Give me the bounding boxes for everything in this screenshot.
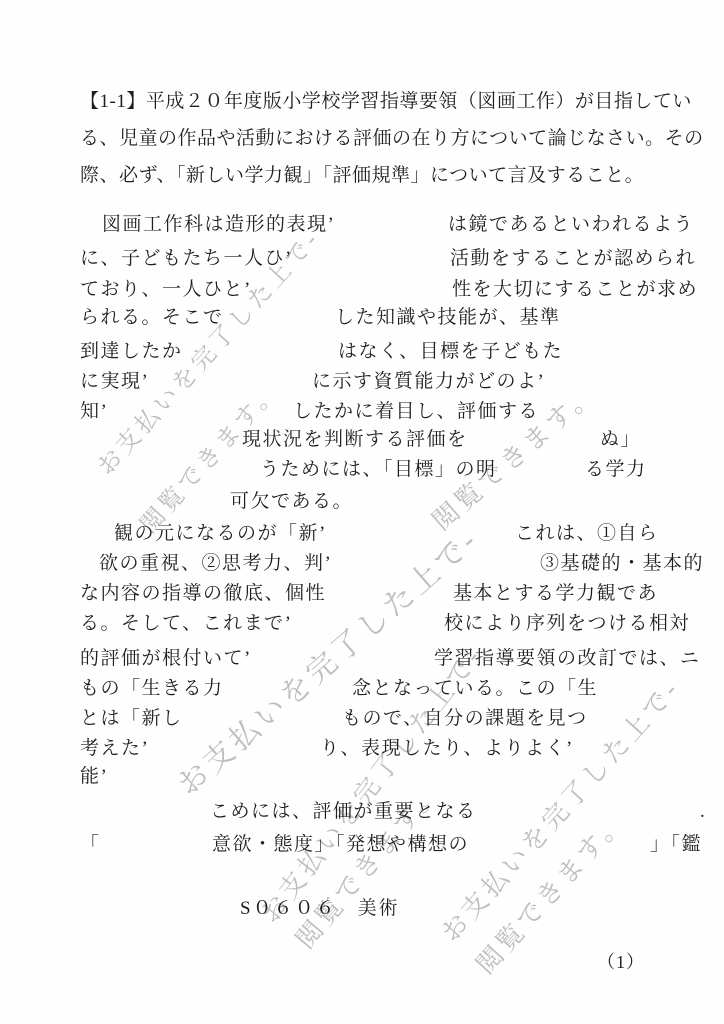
text-line: は鏡であるといわれるよう bbox=[448, 213, 694, 237]
text-line: 」「鑑 bbox=[650, 833, 702, 857]
text-line: 意欲・態度」「発想や構想の bbox=[212, 833, 469, 857]
text-line: . bbox=[700, 800, 706, 824]
text-line: る。そして、これまで’ bbox=[80, 612, 292, 636]
text-line: 到達したか bbox=[80, 340, 183, 364]
text-line: り、表現したり、よりよく’ bbox=[320, 737, 574, 761]
text-line: 性を大切にすることが求め bbox=[452, 278, 698, 302]
text-line: したかに着目し、評価する bbox=[293, 400, 539, 424]
text-line: 念となっている。この「生 bbox=[352, 677, 598, 701]
text-line: ぬ」 bbox=[600, 428, 641, 452]
text-line: 能’ bbox=[80, 765, 108, 789]
page-number: （1） bbox=[597, 948, 645, 974]
text-line: これは、①自ら bbox=[515, 522, 659, 546]
text-line: な内容の指導の徹底、個性 bbox=[80, 582, 326, 606]
text-line: に、子どもたち一人ひ’ bbox=[80, 247, 293, 271]
text-line: 考えた’ bbox=[80, 737, 149, 761]
text-line: もの「生きる力 bbox=[80, 677, 224, 701]
heading-line: 【1-1】平成２０年度版小学校学習指導要領（図画工作）が目指してい bbox=[80, 90, 692, 114]
text-line: 可欠である。 bbox=[230, 490, 353, 514]
text-line: 「 bbox=[80, 833, 101, 857]
text-line: 知’ bbox=[80, 400, 108, 424]
text-line: はなく、目標を子どもた bbox=[338, 340, 563, 364]
text-line: もので、自分の課題を見つ bbox=[342, 707, 588, 731]
text-line: に示す資質能力がどのよ’ bbox=[312, 370, 545, 394]
text-line: 校により序列をつける相対 bbox=[444, 612, 690, 636]
text-line: した知識や技能が、基準 bbox=[335, 306, 561, 330]
heading-line: 際、必ず、「新しい学力観」「評価規準」について言及すること。 bbox=[80, 164, 644, 188]
text-line: 図画工作科は造形的表現’ bbox=[102, 213, 335, 237]
text-line: 観の元になるのが「新’ bbox=[114, 522, 327, 546]
text-line: られる。そこで bbox=[80, 306, 224, 330]
text-line: 学習指導要領の改訂では、ニ bbox=[434, 647, 701, 671]
text-line: こめには、評価が重要となる bbox=[210, 800, 477, 824]
text-line: とは「新し bbox=[80, 707, 183, 731]
heading-line: る、児童の作品や活動における評価の在り方について論じなさい。その bbox=[80, 127, 704, 151]
text-line: 欲の重視、②思考力、判’ bbox=[99, 552, 332, 576]
text-line: る学力 bbox=[585, 458, 647, 482]
text-line: ており、一人ひと’ bbox=[80, 278, 252, 302]
text-line: 活動をすることが認められ bbox=[450, 247, 696, 271]
text-line: に実現’ bbox=[80, 370, 149, 394]
document-code: S０６０６ 美術 bbox=[240, 893, 400, 920]
document-page: お支払いを完了した上で-閲覧できます。閲覧できます。お支払いを完了した上で-お支… bbox=[0, 0, 724, 1024]
text-layer: 【1-1】平成２０年度版小学校学習指導要領（図画工作）が目指している、児童の作品… bbox=[0, 0, 724, 1024]
text-line: 的評価が根付いて’ bbox=[80, 647, 252, 671]
text-line: 基本とする学力観であ bbox=[453, 582, 658, 606]
text-line: ③基礎的・基本的 bbox=[540, 552, 704, 576]
text-line: 現状況を判断する評価を bbox=[242, 428, 468, 452]
text-line: うためには、「目標」の明 bbox=[260, 458, 497, 482]
